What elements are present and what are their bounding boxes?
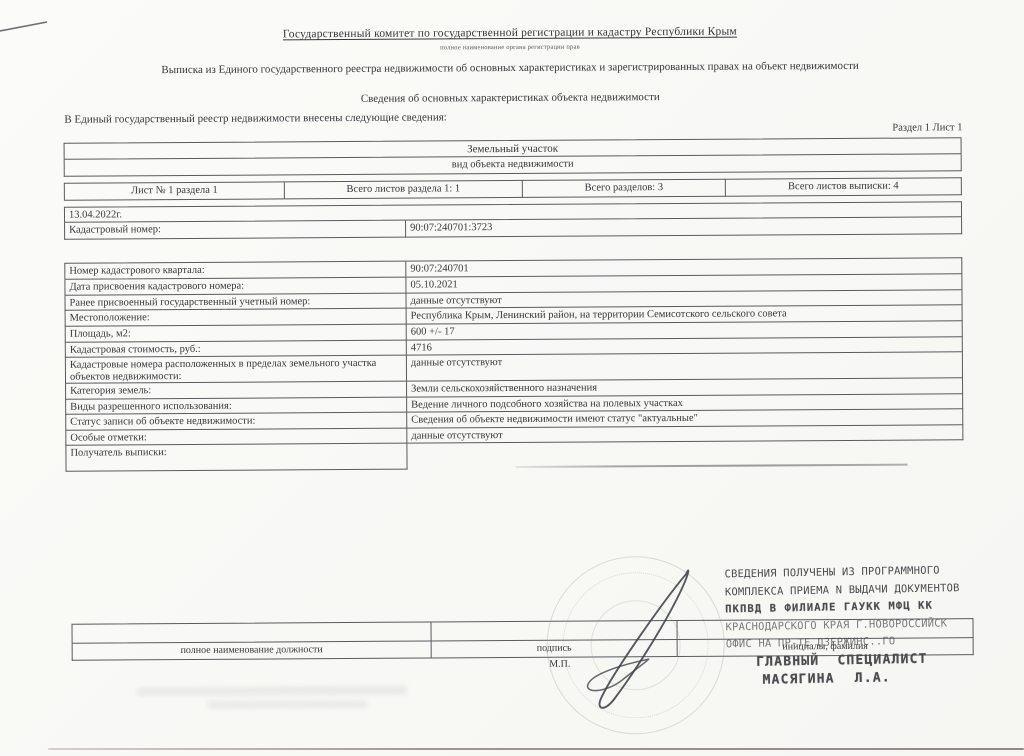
intro-line: В Единый государственный реестр недвижим… [64, 111, 446, 125]
position-caption: полное наименование должности [72, 641, 432, 660]
issue-table: 13.04.2022г. Кадастровый номер: 90:07:24… [64, 201, 962, 239]
bleed-through-smudge [207, 700, 367, 709]
document-sheet: Государственный комитет по государственн… [0, 0, 1024, 756]
sheet-info-cell: Всего разделов: 3 [523, 179, 726, 198]
table-row: Получатель выписки: [65, 440, 963, 471]
org-title: Государственный комитет по государственн… [0, 24, 1022, 42]
detail-label: Номер кадастрового квартала: [64, 261, 406, 280]
cadastral-number-label: Кадастровый номер: [64, 221, 406, 240]
detail-label: Кадастровые номера расположенных в преде… [65, 356, 407, 384]
scanned-document: Государственный комитет по государственн… [0, 0, 1024, 756]
sheet-info-table: Лист № 1 раздела 1 Всего листов раздела … [64, 177, 962, 200]
sheet-info-cell: Всего листов выписки: 4 [726, 177, 962, 196]
details-table: Номер кадастрового квартала: 90:07:24070… [64, 257, 963, 471]
section-title: Сведения об основных характеристиках объ… [0, 89, 1022, 107]
bleed-through-smudge [137, 686, 407, 697]
pen-mark [0, 0, 60, 40]
detail-label: Получатель выписки: [65, 444, 407, 472]
sheet-info-cell: Лист № 1 раздела 1 [64, 181, 285, 200]
detail-value: данные отсутствуют [407, 352, 963, 381]
mfc-info-stamp: СВЕДЕНИЯ ПОЛУЧЕНЫ ИЗ ПРОГРАММНОГО КОМПЛЕ… [724, 561, 1006, 690]
sheet-info-cell: Всего листов раздела 1: 1 [285, 180, 523, 199]
object-type-table: Земельный участок вид объекта недвижимос… [64, 137, 962, 176]
position-field [71, 621, 431, 643]
extract-title: Выписка из Единого государственного реес… [0, 59, 1022, 77]
cadastral-number-value: 90:07:240701:3723 [406, 217, 962, 237]
handwritten-signature [551, 549, 722, 720]
page-edge-shadow [48, 748, 1024, 750]
section-sheet-label: Раздел 1 Лист 1 [892, 122, 962, 133]
org-title-note: полное наименование органа регистрации п… [0, 41, 1022, 54]
